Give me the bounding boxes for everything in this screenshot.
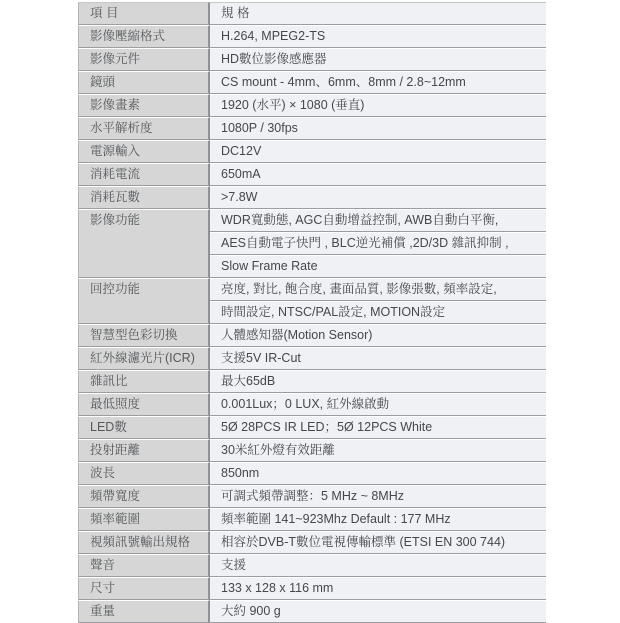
spec-label-cell: 頻帶寬度: [78, 485, 210, 508]
spec-value-cell: 最大65dB: [210, 370, 546, 393]
table-row: 聲音支援: [78, 554, 546, 577]
table-row: 電源輸入DC12V: [78, 140, 546, 163]
spec-label-cell: LED數: [78, 416, 210, 439]
spec-value-cell: 1080P / 30fps: [210, 117, 546, 140]
spec-label-cell: 水平解析度: [78, 117, 210, 140]
table-row: 雜訊比最大65dB: [78, 370, 546, 393]
table-row: 智慧型色彩切換人體感知器(Motion Sensor): [78, 324, 546, 347]
table-row: 影像畫素1920 (水平) × 1080 (垂直): [78, 94, 546, 117]
spec-value-cell: 30米紅外燈有效距離: [210, 439, 546, 462]
spec-value-cell: 5Ø 28PCS IR LED；5Ø 12PCS White: [210, 416, 546, 439]
spec-label-cell: 頻率範圍: [78, 508, 210, 531]
table-row: 頻率範圍頻率範圍 141~923Mhz Default : 177 MHz: [78, 508, 546, 531]
spec-value-cell: 時間設定, NTSC/PAL設定, MOTION設定: [210, 301, 546, 324]
table-row: 回控功能亮度, 對比, 飽合度, 畫面品質, 影像張數, 頻率設定,: [78, 278, 546, 301]
table-row: 視頻訊號輸出規格相容於DVB-T數位電視傳輸標準 (ETSI EN 300 74…: [78, 531, 546, 554]
spec-value-cell: H.264, MPEG2-TS: [210, 25, 546, 48]
spec-value-cell: 支援5V IR-Cut: [210, 347, 546, 370]
spec-value-cell: 可調式頻帶調整：5 MHz ~ 8MHz: [210, 485, 546, 508]
spec-label-cell: 紅外線濾光片(ICR): [78, 347, 210, 370]
spec-value-cell: >7.8W: [210, 186, 546, 209]
spec-label-cell: 影像壓縮格式: [78, 25, 210, 48]
table-row: 重量大約 900 g: [78, 600, 546, 620]
spec-value-cell: 亮度, 對比, 飽合度, 畫面品質, 影像張數, 頻率設定,: [210, 278, 546, 301]
table-row: 鏡頭CS mount - 4mm、6mm、8mm / 2.8~12mm: [78, 71, 546, 94]
spec-value-cell: WDR寬動態, AGC自動增益控制, AWB自動白平衡,: [210, 209, 546, 232]
table-header-row: 項 目 規 格: [78, 2, 546, 25]
spec-label-cell: 電源輸入: [78, 140, 210, 163]
spec-value-cell: 頻率範圍 141~923Mhz Default : 177 MHz: [210, 508, 546, 531]
spec-value-cell: 133 x 128 x 116 mm: [210, 577, 546, 600]
spec-table-body: 項 目 規 格 影像壓縮格式H.264, MPEG2-TS影像元件HD數位影像感…: [78, 2, 546, 620]
spec-value-cell: 大約 900 g: [210, 600, 546, 620]
spec-table: 項 目 規 格 影像壓縮格式H.264, MPEG2-TS影像元件HD數位影像感…: [78, 2, 546, 620]
spec-label-cell: 尺寸: [78, 577, 210, 600]
table-row: 消耗瓦數>7.8W: [78, 186, 546, 209]
spec-value-cell: CS mount - 4mm、6mm、8mm / 2.8~12mm: [210, 71, 546, 94]
spec-label-cell: 影像元件: [78, 48, 210, 71]
table-row: 紅外線濾光片(ICR)支援5V IR-Cut: [78, 347, 546, 370]
spec-value-cell: 人體感知器(Motion Sensor): [210, 324, 546, 347]
spec-value-cell: Slow Frame Rate: [210, 255, 546, 278]
spec-value-cell: 相容於DVB-T數位電視傳輸標準 (ETSI EN 300 744): [210, 531, 546, 554]
spec-label-cell: 波長: [78, 462, 210, 485]
table-row: 影像功能WDR寬動態, AGC自動增益控制, AWB自動白平衡,: [78, 209, 546, 232]
spec-value-cell: 0.001Lux；0 LUX, 紅外線啟動: [210, 393, 546, 416]
spec-label-cell: 影像畫素: [78, 94, 210, 117]
header-spec-cell: 規 格: [210, 2, 546, 25]
spec-value-cell: 1920 (水平) × 1080 (垂直): [210, 94, 546, 117]
spec-value-cell: 850nm: [210, 462, 546, 485]
table-row: 投射距離30米紅外燈有效距離: [78, 439, 546, 462]
spec-table-grid: 項 目 規 格 影像壓縮格式H.264, MPEG2-TS影像元件HD數位影像感…: [78, 2, 546, 620]
spec-value-cell: HD數位影像感應器: [210, 48, 546, 71]
spec-value-cell: 支援: [210, 554, 546, 577]
spec-label-cell: 最低照度: [78, 393, 210, 416]
spec-value-cell: AES自動電子快門 , BLC逆光補償 ,2D/3D 雜訊抑制 ,: [210, 232, 546, 255]
spec-label-cell: 消耗瓦數: [78, 186, 210, 209]
spec-label-cell: 重量: [78, 600, 210, 620]
table-row: 尺寸133 x 128 x 116 mm: [78, 577, 546, 600]
spec-label-cell: 消耗電流: [78, 163, 210, 186]
table-row: 最低照度0.001Lux；0 LUX, 紅外線啟動: [78, 393, 546, 416]
spec-label-cell: 視頻訊號輸出規格: [78, 531, 210, 554]
spec-label-cell: 智慧型色彩切換: [78, 324, 210, 347]
table-row: 水平解析度1080P / 30fps: [78, 117, 546, 140]
spec-value-cell: DC12V: [210, 140, 546, 163]
spec-value-cell: 650mA: [210, 163, 546, 186]
header-item-cell: 項 目: [78, 2, 210, 25]
table-row: 影像壓縮格式H.264, MPEG2-TS: [78, 25, 546, 48]
table-row: LED數5Ø 28PCS IR LED；5Ø 12PCS White: [78, 416, 546, 439]
table-row: 影像元件HD數位影像感應器: [78, 48, 546, 71]
spec-label-cell: 雜訊比: [78, 370, 210, 393]
spec-label-cell: 影像功能: [78, 209, 210, 278]
table-row: 波長850nm: [78, 462, 546, 485]
spec-label-cell: 鏡頭: [78, 71, 210, 94]
spec-label-cell: 回控功能: [78, 278, 210, 324]
spec-label-cell: 聲音: [78, 554, 210, 577]
table-row: 頻帶寬度可調式頻帶調整：5 MHz ~ 8MHz: [78, 485, 546, 508]
table-row: 消耗電流650mA: [78, 163, 546, 186]
spec-label-cell: 投射距離: [78, 439, 210, 462]
